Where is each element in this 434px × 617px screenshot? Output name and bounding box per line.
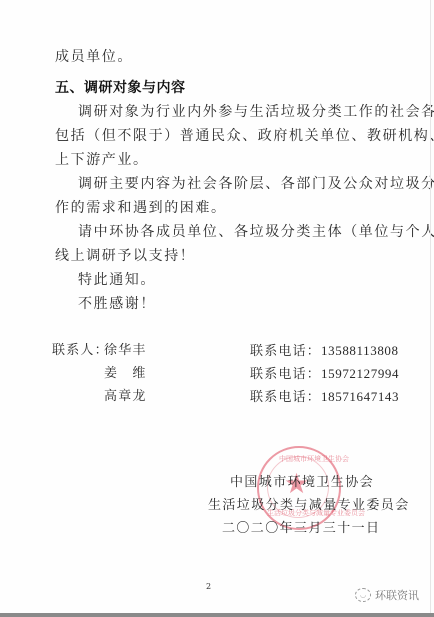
signature-date: 二〇二〇年三月三十一日 bbox=[222, 521, 380, 537]
contact-label: 联系人： bbox=[52, 343, 109, 359]
phone-number: 18571647143 bbox=[321, 389, 399, 404]
phone-label: 联系电话： bbox=[250, 344, 321, 359]
paragraph-line: 作的需求和遇到的困难。 bbox=[55, 200, 227, 216]
page-edge bbox=[430, 0, 431, 613]
contact-name: 徐华丰 bbox=[104, 343, 147, 359]
text-line: 成员单位。 bbox=[55, 49, 133, 65]
phone-number: 15972127994 bbox=[321, 366, 399, 381]
seal-top-text: 中国城市环境卫生协会 bbox=[279, 454, 349, 464]
signature-committee: 生活垃圾分类与减量专业委员会 bbox=[208, 498, 410, 514]
phone-label: 联系电话： bbox=[250, 367, 321, 382]
signature-org: 中国城市环境卫生协会 bbox=[230, 475, 374, 491]
page-number: 2 bbox=[206, 582, 211, 591]
phone-label: 联系电话： bbox=[250, 390, 321, 405]
section-heading: 五、调研对象与内容 bbox=[55, 80, 186, 96]
paragraph-line: 上下游产业。 bbox=[55, 152, 149, 168]
paragraph-line: 请中环协各成员单位、各垃圾分类主体（单位与个人）对 bbox=[78, 224, 434, 240]
closing-line: 不胜感谢！ bbox=[78, 296, 156, 312]
paragraph-line: 线上调研予以支持！ bbox=[55, 248, 195, 264]
closing-line: 特此通知。 bbox=[78, 272, 156, 288]
contact-name: 姜 维 bbox=[104, 366, 147, 382]
bottom-border bbox=[0, 613, 434, 617]
paragraph-line: 调研主要内容为社会各阶层、各部门及公众对垃圾分类工 bbox=[78, 176, 434, 192]
watermark-text: 环联资讯 bbox=[375, 587, 419, 603]
contact-phone: 联系电话：18571647143 bbox=[250, 389, 399, 406]
document-page: 成员单位。 五、调研对象与内容 调研对象为行业内外参与生活垃圾分类工作的社会各阶… bbox=[0, 0, 430, 613]
paragraph-line: 调研对象为行业内外参与生活垃圾分类工作的社会各阶层， bbox=[78, 104, 434, 120]
paragraph-line: 包括（但不限于）普通民众、政府机关单位、教研机构、行业 bbox=[55, 128, 434, 144]
wechat-icon: ◡ bbox=[355, 588, 371, 602]
phone-number: 13588113808 bbox=[321, 343, 399, 358]
contact-phone: 联系电话：13588113808 bbox=[250, 343, 399, 360]
contact-phone: 联系电话：15972127994 bbox=[250, 366, 399, 383]
contact-name: 高章龙 bbox=[104, 389, 147, 405]
watermark: ◡ 环联资讯 bbox=[355, 587, 419, 603]
